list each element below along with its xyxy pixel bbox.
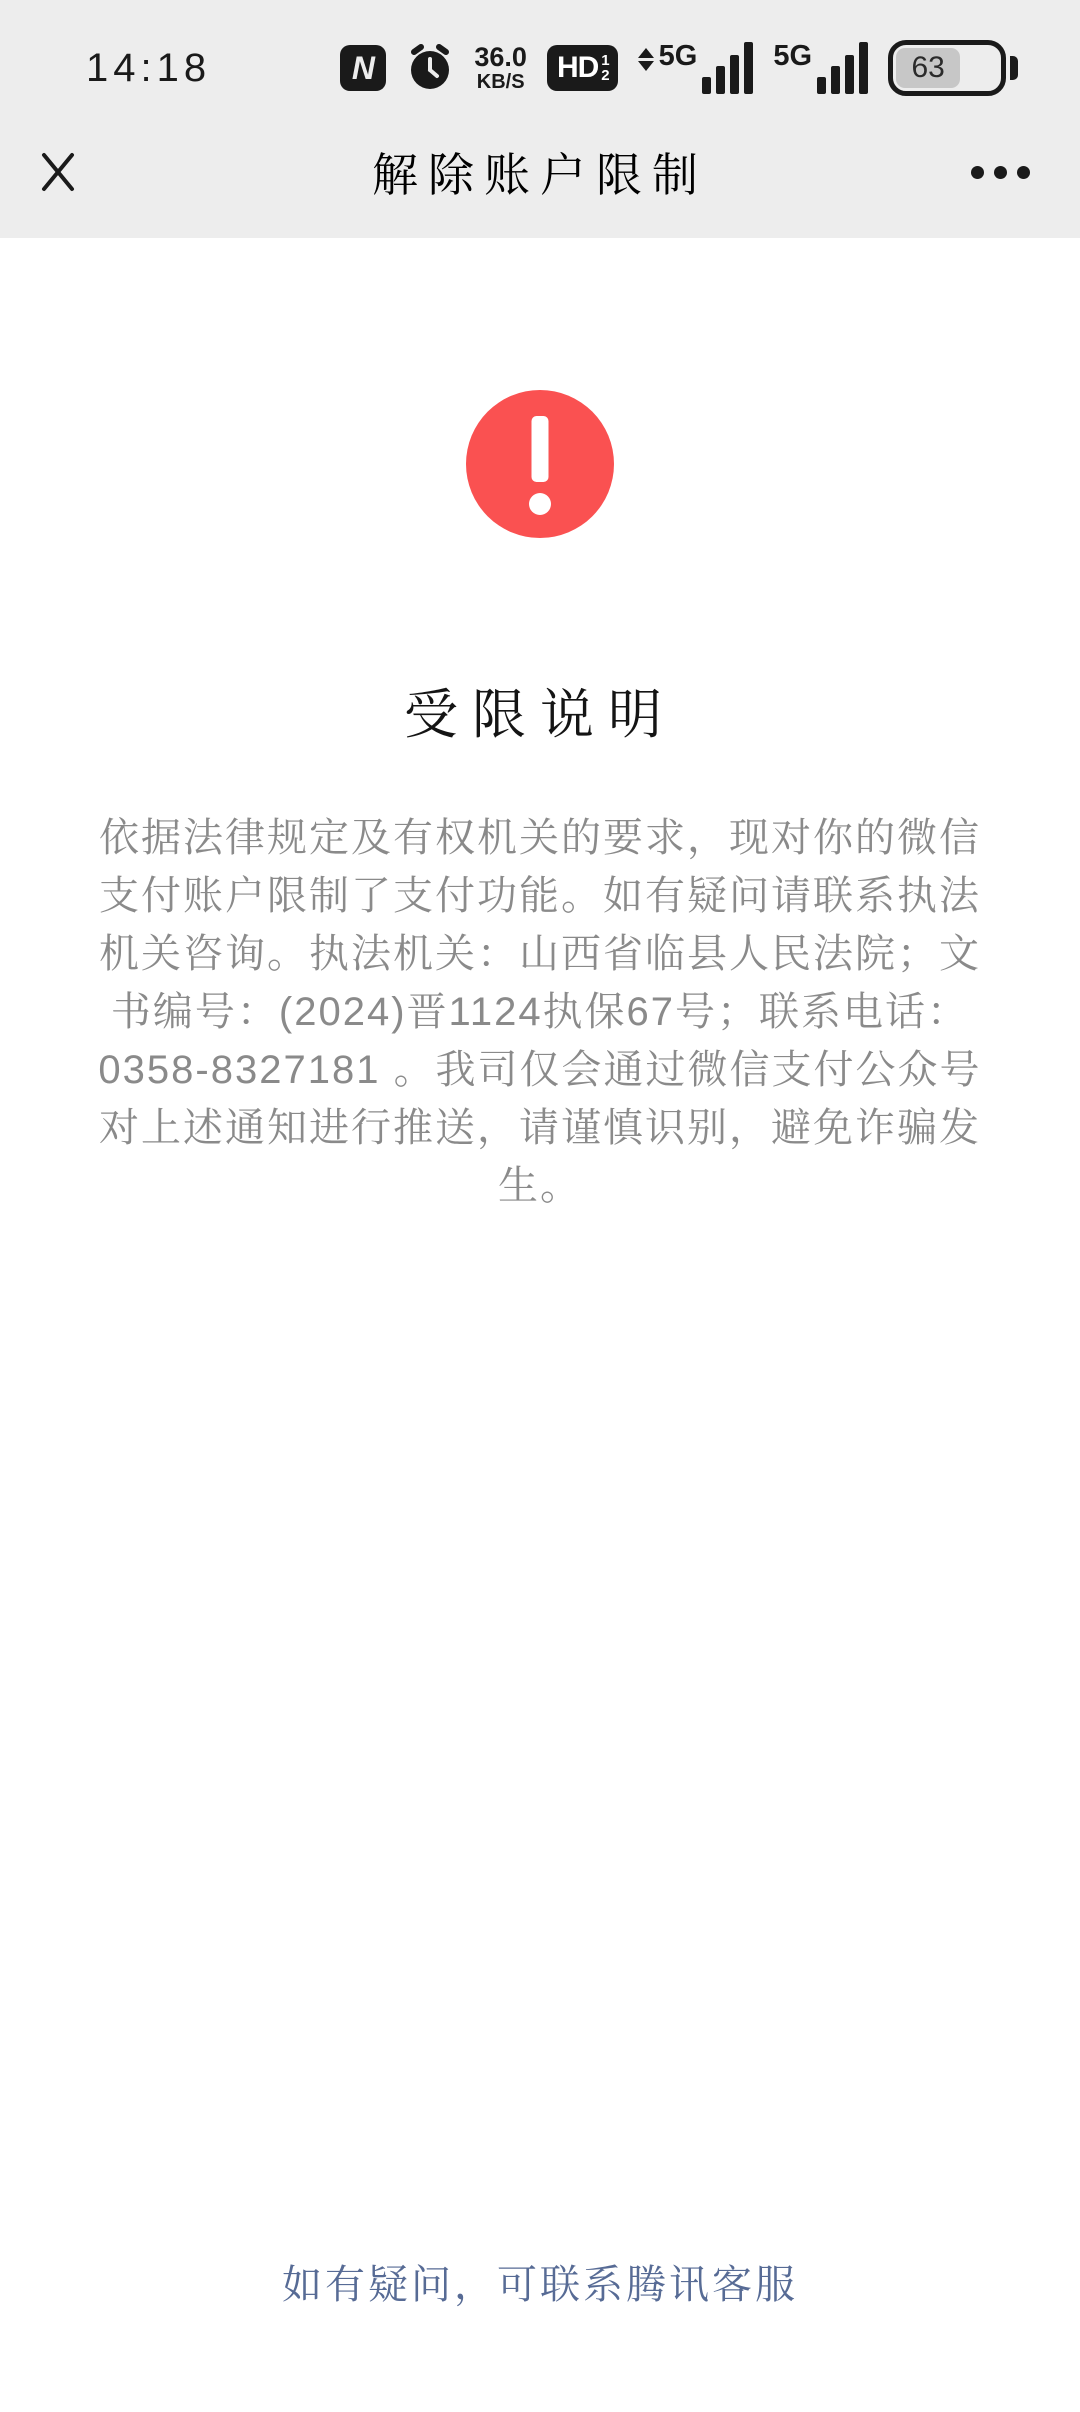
network-speed-indicator: 36.0 KB/S [474,43,527,92]
signal-sim1: 5G [638,42,754,94]
signal-sim2-label: 5G [773,42,812,71]
close-icon [36,149,80,196]
exclamation-bar [532,416,549,482]
data-updown-icon [638,48,654,71]
page-title: 解除账户限制 [372,139,708,205]
status-icons: N 36.0 KB/S HD [340,40,1018,96]
more-dots-icon [971,166,1030,179]
battery-nub [1010,56,1018,80]
alarm-clock-icon [406,44,454,92]
screen: 14:18 N 36.0 KB/S [0,0,1080,2412]
battery-icon: 63 [888,40,1018,96]
hd-label: HD [557,51,598,85]
close-button[interactable] [36,149,80,196]
battery-body: 63 [888,40,1006,96]
hd-sim-bottom: 2 [601,68,609,83]
battery-level: 63 [896,48,960,88]
nav-bar: 解除账户限制 [0,106,1080,238]
hd-sim-stack: 1 2 [601,53,609,83]
contact-support-link[interactable]: 如有疑问，可联系腾讯客服 [0,2253,1080,2310]
signal-sim1-label: 5G [659,42,698,71]
status-time: 14:18 [86,46,211,91]
nfc-icon: N [340,45,386,91]
restriction-heading: 受限说明 [0,672,1080,749]
hd-voice-icon: HD 1 2 [547,45,618,91]
signal-bars-icon [702,42,753,94]
exclamation-circle-icon [466,390,614,538]
more-button[interactable] [971,166,1030,179]
restriction-description: 依据法律规定及有权机关的要求，现对你的微信支付账户限制了支付功能。如有疑问请联系… [85,809,995,1215]
status-bar: 14:18 N 36.0 KB/S [0,0,1080,106]
header: 14:18 N 36.0 KB/S [0,0,1080,238]
network-speed-unit: KB/S [477,72,525,93]
signal-sim2: 5G [773,42,868,94]
network-speed-value: 36.0 [474,43,527,71]
content: 受限说明 依据法律规定及有权机关的要求，现对你的微信支付账户限制了支付功能。如有… [0,390,1080,1215]
exclamation-dot [529,493,551,515]
signal-bars-icon [817,42,868,94]
hd-sim-top: 1 [601,53,609,68]
